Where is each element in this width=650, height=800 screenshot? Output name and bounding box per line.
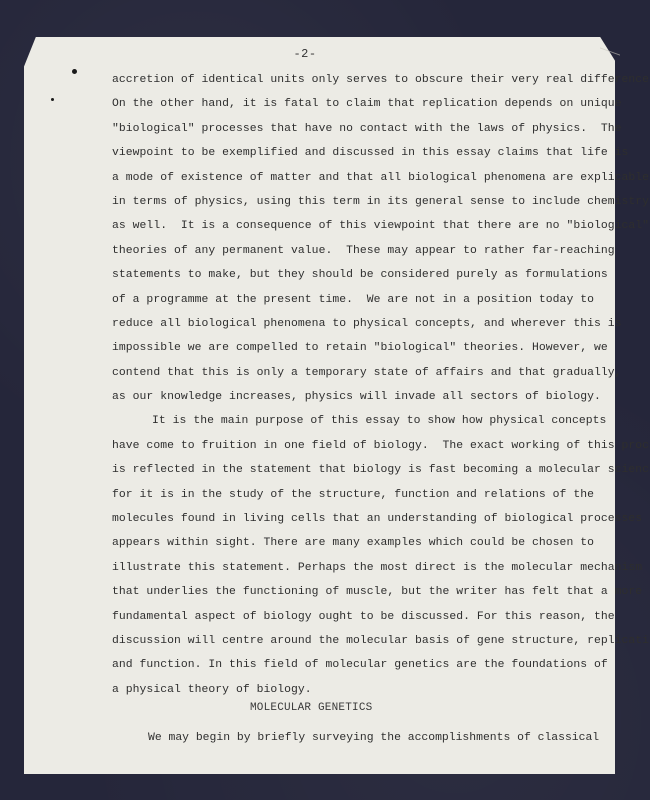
text-line: have come to fruition in one field of bi… <box>112 434 617 458</box>
text-line: that underlies the functioning of muscle… <box>112 580 617 604</box>
paragraph-2: It is the main purpose of this essay to … <box>112 409 617 702</box>
text-line: as well. It is a consequence of this vie… <box>112 214 617 238</box>
text-line: discussion will centre around the molecu… <box>112 629 617 653</box>
text-line: viewpoint to be exemplified and discusse… <box>112 141 617 165</box>
text-line: illustrate this statement. Perhaps the m… <box>112 556 617 580</box>
text-line: impossible we are compelled to retain "b… <box>112 336 617 360</box>
text-line: and function. In this field of molecular… <box>112 653 617 677</box>
text-line: fundamental aspect of biology ought to b… <box>112 605 617 629</box>
text-line: "biological" processes that have no cont… <box>112 117 617 141</box>
paragraph-1: accretion of identical units only serves… <box>112 68 617 409</box>
text-line: of a programme at the present time. We a… <box>112 288 617 312</box>
text-line: accretion of identical units only serves… <box>112 68 617 92</box>
text-line: a physical theory of biology. <box>112 678 617 702</box>
text-line: a mode of existence of matter and that a… <box>112 166 617 190</box>
text-line: appears within sight. There are many exa… <box>112 531 617 555</box>
text-line: statements to make, but they should be c… <box>112 263 617 287</box>
text-line: molecules found in living cells that an … <box>112 507 617 531</box>
page-number: -2- <box>290 47 320 61</box>
text-line: as our knowledge increases, physics will… <box>112 385 617 409</box>
text-line: reduce all biological phenomena to physi… <box>112 312 617 336</box>
text-line: is reflected in the statement that biolo… <box>112 458 617 482</box>
text-line: It is the main purpose of this essay to … <box>112 409 617 433</box>
text-line: for it is in the study of the structure,… <box>112 483 617 507</box>
margin-ink-mark <box>51 98 54 101</box>
text-line: On the other hand, it is fatal to claim … <box>112 92 617 116</box>
margin-ink-mark <box>72 69 77 74</box>
text-line: contend that this is only a temporary st… <box>112 361 617 385</box>
text-line: We may begin by briefly surveying the ac… <box>148 728 599 748</box>
body-text: accretion of identical units only serves… <box>112 68 617 702</box>
text-line: theories of any permanent value. These m… <box>112 239 617 263</box>
section-heading: MOLECULAR GENETICS <box>250 702 372 714</box>
text-line: in terms of physics, using this term in … <box>112 190 617 214</box>
